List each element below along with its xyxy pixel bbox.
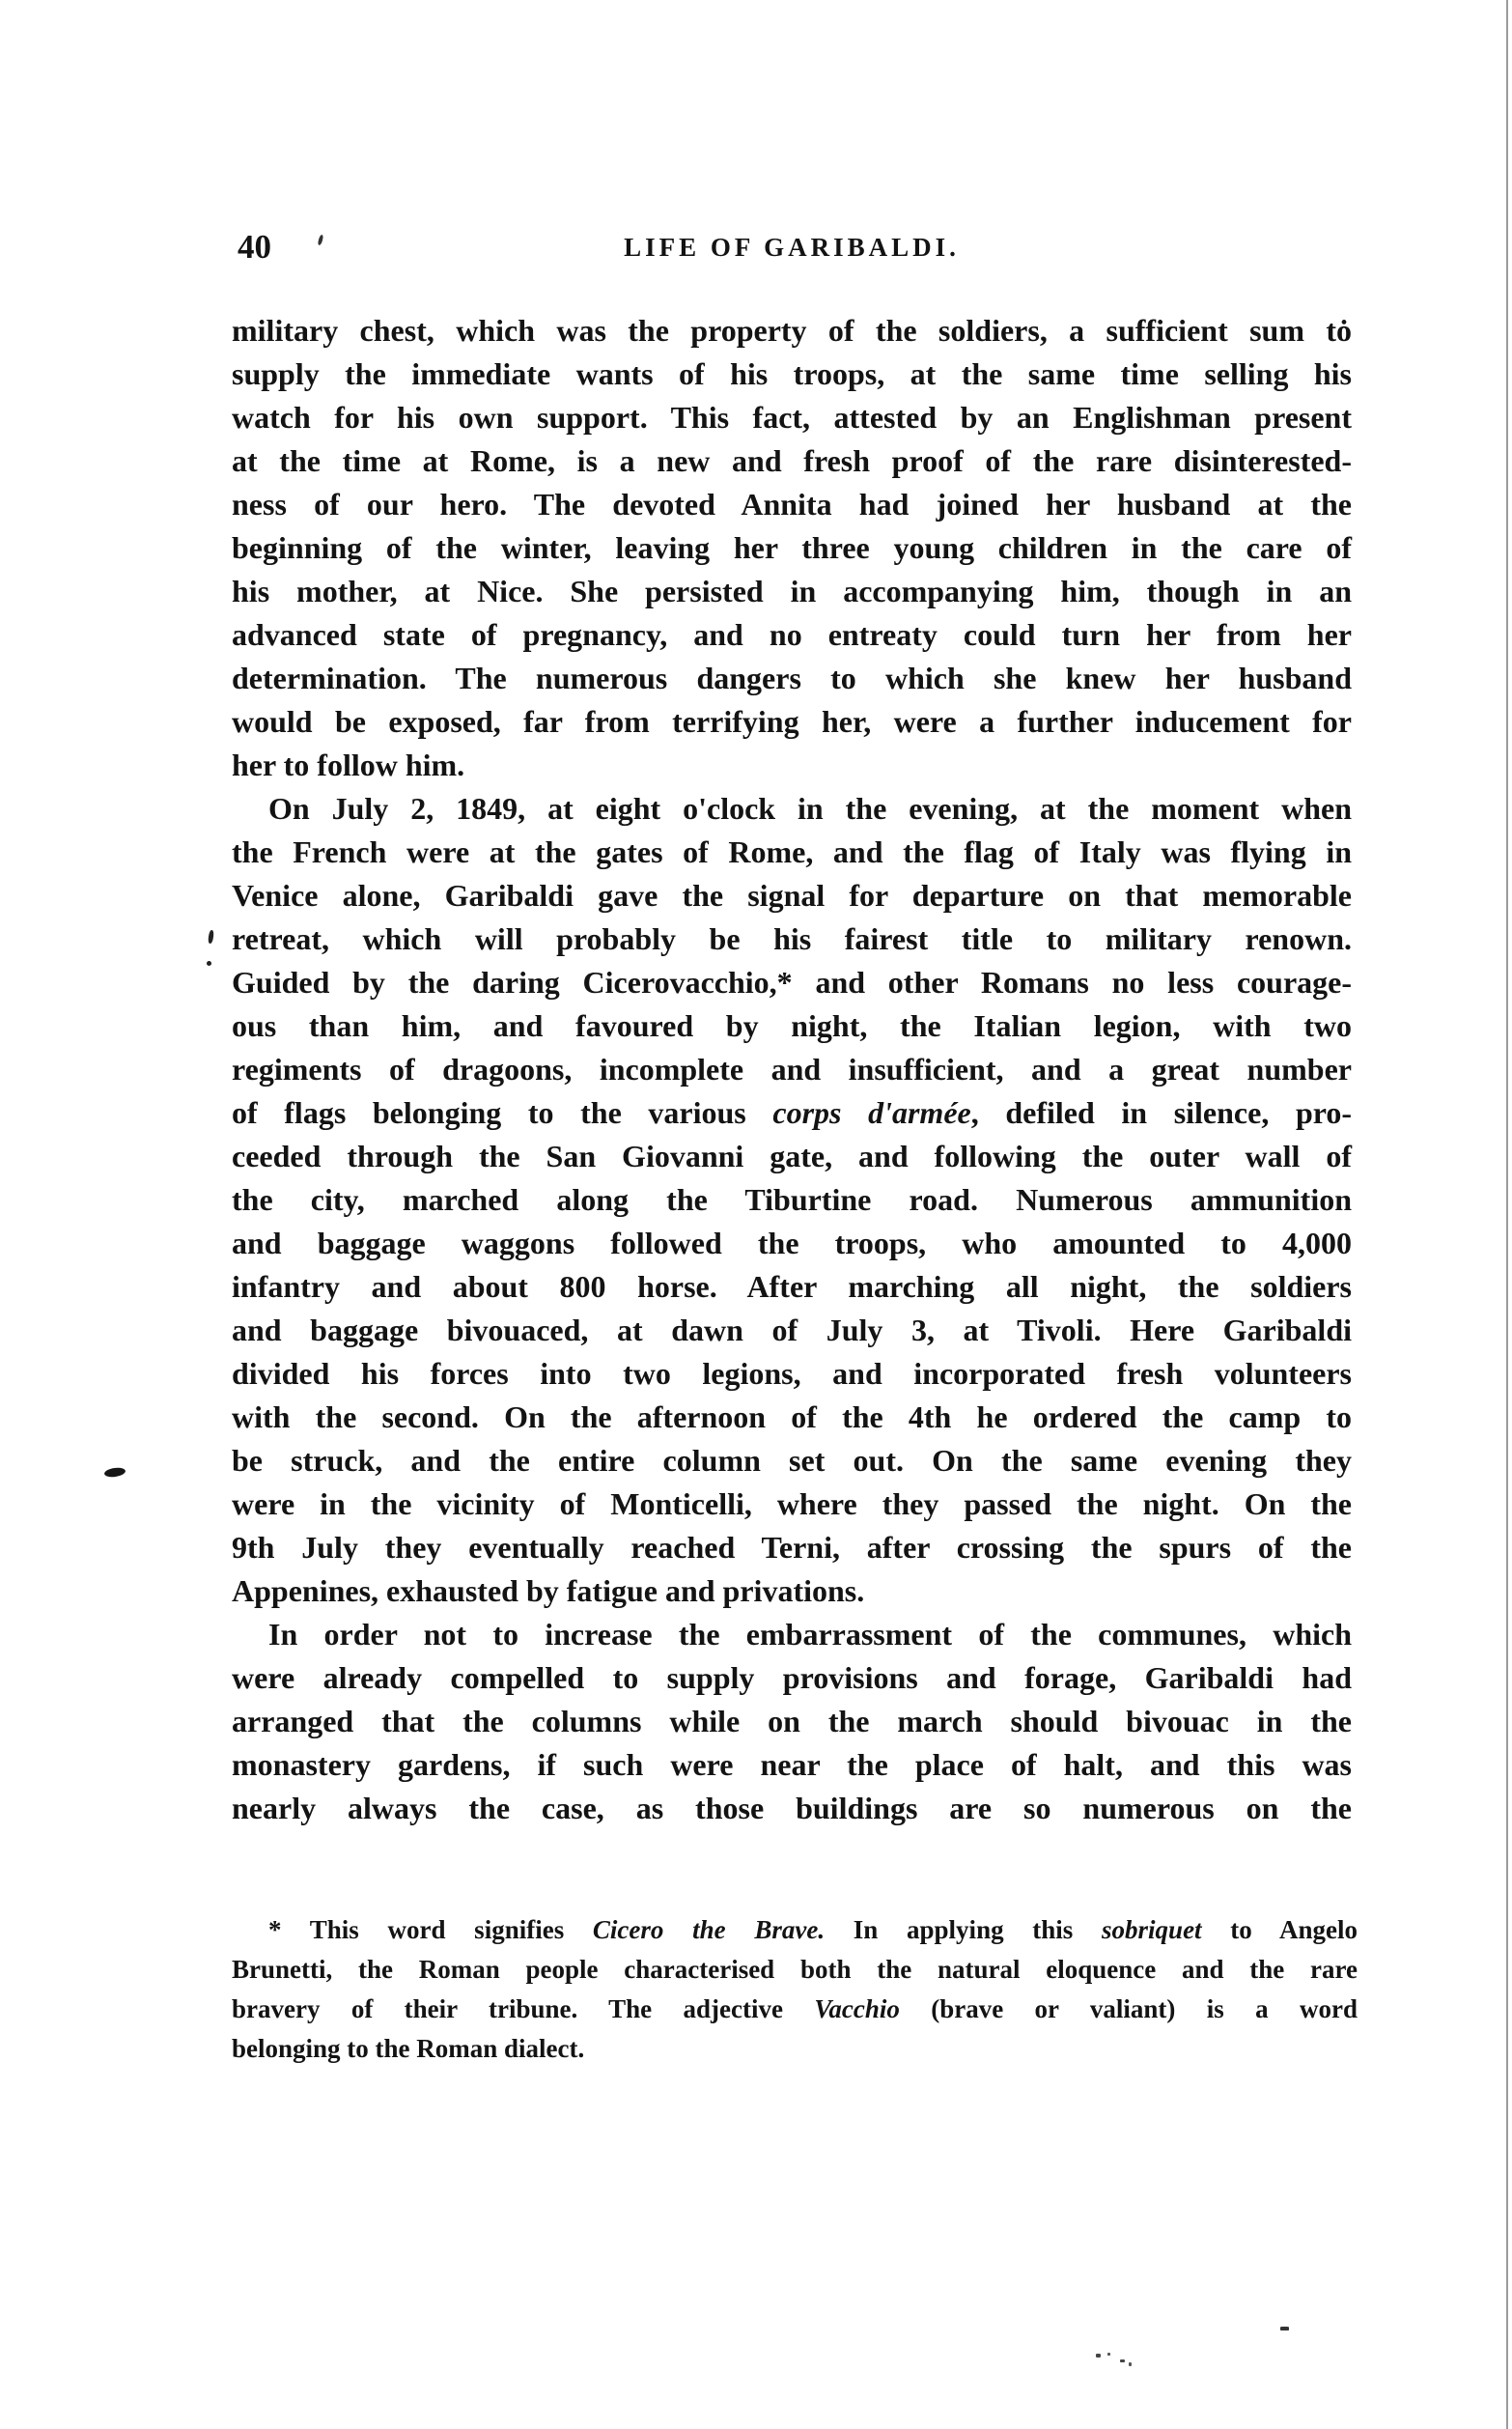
- margin-tick-comma: [208, 930, 214, 945]
- text-line: nearly always the case, as those buildin…: [232, 1787, 1352, 1830]
- plain-text: (brave or valiant) is a word: [900, 1994, 1358, 2023]
- running-title: LIFE OF GARIBALDI.: [232, 232, 1352, 263]
- plain-text: beginning of the winter, leaving her thr…: [232, 530, 1352, 565]
- plain-text: the city, marched along the Tiburtine ro…: [232, 1182, 1352, 1217]
- plain-text: the French were at the gates of Rome, an…: [232, 834, 1352, 869]
- italic-text: corps d'armée: [772, 1095, 970, 1130]
- plain-text: with the second. On the afternoon of the…: [232, 1399, 1352, 1434]
- text-line: 9th July they eventually reached Terni, …: [232, 1526, 1352, 1569]
- text-line: at the time at Rome, is a new and fresh …: [232, 439, 1352, 483]
- plain-text: of flags belonging to the various: [232, 1095, 772, 1130]
- plain-text: * This word signifies: [268, 1915, 593, 1944]
- paragraph: * This word signifies Cicero the Brave. …: [232, 1910, 1358, 2069]
- text-line: Guided by the daring Cicerovacchio,* and…: [232, 961, 1352, 1004]
- text-line: On July 2, 1849, at eight o'clock in the…: [232, 787, 1352, 831]
- text-line: advanced state of pregnancy, and no entr…: [232, 613, 1352, 657]
- margin-tick-dot: [207, 961, 211, 966]
- text-line: were already compelled to supply provisi…: [232, 1656, 1352, 1700]
- plain-text: Venice alone, Garibaldi gave the signal …: [232, 878, 1352, 913]
- text-line: Brunetti, the Roman people characterised…: [232, 1950, 1358, 1990]
- text-line: and baggage waggons followed the troops,…: [232, 1222, 1352, 1265]
- text-line: ness of our hero. The devoted Annita had…: [232, 483, 1352, 526]
- text-line: Venice alone, Garibaldi gave the signal …: [232, 874, 1352, 918]
- text-line: supply the immediate wants of his troops…: [232, 353, 1352, 396]
- plain-text: at the time at Rome, is a new and fresh …: [232, 443, 1352, 478]
- plain-text: supply the immediate wants of his troops…: [232, 356, 1352, 391]
- book-page: 40 LIFE OF GARIBALDI. military chest, wh…: [0, 0, 1512, 2429]
- plain-text: divided his forces into two legions, and…: [232, 1356, 1352, 1391]
- text-line: regiments of dragoons, incomplete and in…: [232, 1048, 1352, 1091]
- plain-text: and baggage waggons followed the troops,…: [232, 1226, 1352, 1260]
- speck-dash: [1280, 2327, 1289, 2330]
- italic-text: sobriquet: [1102, 1915, 1202, 1944]
- plain-text: , defiled in silence, pro-: [971, 1095, 1352, 1130]
- plain-text: and baggage bivouaced, at dawn of July 3…: [232, 1313, 1352, 1347]
- text-line: infantry and about 800 horse. After marc…: [232, 1265, 1352, 1309]
- plain-text: monastery gardens, if such were near the…: [232, 1747, 1352, 1782]
- plain-text: would be exposed, far from terrifying he…: [232, 704, 1352, 739]
- paragraph: military chest, which was the property o…: [232, 309, 1352, 787]
- text-line: ous than him, and favoured by night, the…: [232, 1004, 1352, 1048]
- plain-text: ous than him, and favoured by night, the…: [232, 1008, 1352, 1043]
- text-line: and baggage bivouaced, at dawn of July 3…: [232, 1309, 1352, 1352]
- plain-text: nearly always the case, as those buildin…: [232, 1791, 1352, 1825]
- text-line: would be exposed, far from terrifying he…: [232, 700, 1352, 744]
- plain-text: bravery of their tribune. The adjective: [232, 1994, 814, 2023]
- plain-text: Brunetti, the Roman people characterised…: [232, 1955, 1358, 1984]
- plain-text: be struck, and the entire column set out…: [232, 1443, 1352, 1478]
- text-line: * This word signifies Cicero the Brave. …: [232, 1910, 1358, 1950]
- plain-text: In order not to increase the embarrassme…: [268, 1617, 1352, 1652]
- plain-text: regiments of dragoons, incomplete and in…: [232, 1052, 1352, 1087]
- text-line: determination. The numerous dangers to w…: [232, 657, 1352, 700]
- plain-text: Appenines, exhausted by fatigue and priv…: [232, 1573, 864, 1608]
- text-line: retreat, which will probably be his fair…: [232, 918, 1352, 961]
- text-line: divided his forces into two legions, and…: [232, 1352, 1352, 1396]
- speck: [1129, 2362, 1132, 2366]
- page-header: 40 LIFE OF GARIBALDI.: [232, 228, 1352, 270]
- text-line: beginning of the winter, leaving her thr…: [232, 526, 1352, 570]
- text-line: of flags belonging to the various corps …: [232, 1091, 1352, 1135]
- text-line: arranged that the columns while on the m…: [232, 1700, 1352, 1743]
- text-line: her to follow him.: [232, 744, 1352, 787]
- plain-text: 9th July they eventually reached Terni, …: [232, 1530, 1352, 1565]
- speck: [1120, 2359, 1125, 2362]
- body-text: military chest, which was the property o…: [232, 309, 1352, 1830]
- text-line: the French were at the gates of Rome, an…: [232, 831, 1352, 874]
- plain-text: watch for his own support. This fact, at…: [232, 400, 1352, 435]
- text-line: ceeded through the San Giovanni gate, an…: [232, 1135, 1352, 1178]
- ink-blot-bullet: [103, 1467, 126, 1479]
- text-line: In order not to increase the embarrassme…: [232, 1613, 1352, 1656]
- plain-text: ceeded through the San Giovanni gate, an…: [232, 1139, 1352, 1173]
- speck: [1107, 2353, 1110, 2356]
- text-line: watch for his own support. This fact, at…: [232, 396, 1352, 439]
- plain-text: her to follow him.: [232, 748, 464, 782]
- plain-text: determination. The numerous dangers to w…: [232, 661, 1352, 695]
- scan-edge-line: [1506, 0, 1508, 2429]
- plain-text: In applying this: [825, 1915, 1102, 1944]
- plain-text: military chest, which was the property o…: [232, 313, 1352, 348]
- text-line: belonging to the Roman dialect.: [232, 2029, 1358, 2069]
- text-line: Appenines, exhausted by fatigue and priv…: [232, 1569, 1352, 1613]
- text-line: his mother, at Nice. She persisted in ac…: [232, 570, 1352, 613]
- plain-text: retreat, which will probably be his fair…: [232, 921, 1352, 956]
- plain-text: infantry and about 800 horse. After marc…: [232, 1269, 1352, 1304]
- text-line: military chest, which was the property o…: [232, 309, 1352, 353]
- italic-text: Vacchio: [814, 1994, 900, 2023]
- plain-text: his mother, at Nice. She persisted in ac…: [232, 574, 1352, 608]
- text-line: with the second. On the afternoon of the…: [232, 1396, 1352, 1439]
- text-line: monastery gardens, if such were near the…: [232, 1743, 1352, 1787]
- plain-text: belonging to the Roman dialect.: [232, 2034, 584, 2063]
- plain-text: were already compelled to supply provisi…: [232, 1660, 1352, 1695]
- plain-text: ness of our hero. The devoted Annita had…: [232, 487, 1352, 522]
- paragraph: On July 2, 1849, at eight o'clock in the…: [232, 787, 1352, 1613]
- plain-text: arranged that the columns while on the m…: [232, 1704, 1352, 1738]
- plain-text: to Angelo: [1202, 1915, 1358, 1944]
- plain-text: Guided by the daring Cicerovacchio,* and…: [232, 965, 1352, 1000]
- plain-text: were in the vicinity of Monticelli, wher…: [232, 1486, 1352, 1521]
- text-line: the city, marched along the Tiburtine ro…: [232, 1178, 1352, 1222]
- italic-text: Cicero the Brave.: [593, 1915, 825, 1944]
- text-line: were in the vicinity of Monticelli, wher…: [232, 1483, 1352, 1526]
- plain-text: On July 2, 1849, at eight o'clock in the…: [268, 791, 1352, 826]
- paragraph: In order not to increase the embarrassme…: [232, 1613, 1352, 1830]
- text-line: bravery of their tribune. The adjective …: [232, 1990, 1358, 2029]
- text-line: be struck, and the entire column set out…: [232, 1439, 1352, 1483]
- plain-text: advanced state of pregnancy, and no entr…: [232, 617, 1352, 652]
- speck: [1096, 2354, 1101, 2358]
- footnote: * This word signifies Cicero the Brave. …: [232, 1910, 1358, 2069]
